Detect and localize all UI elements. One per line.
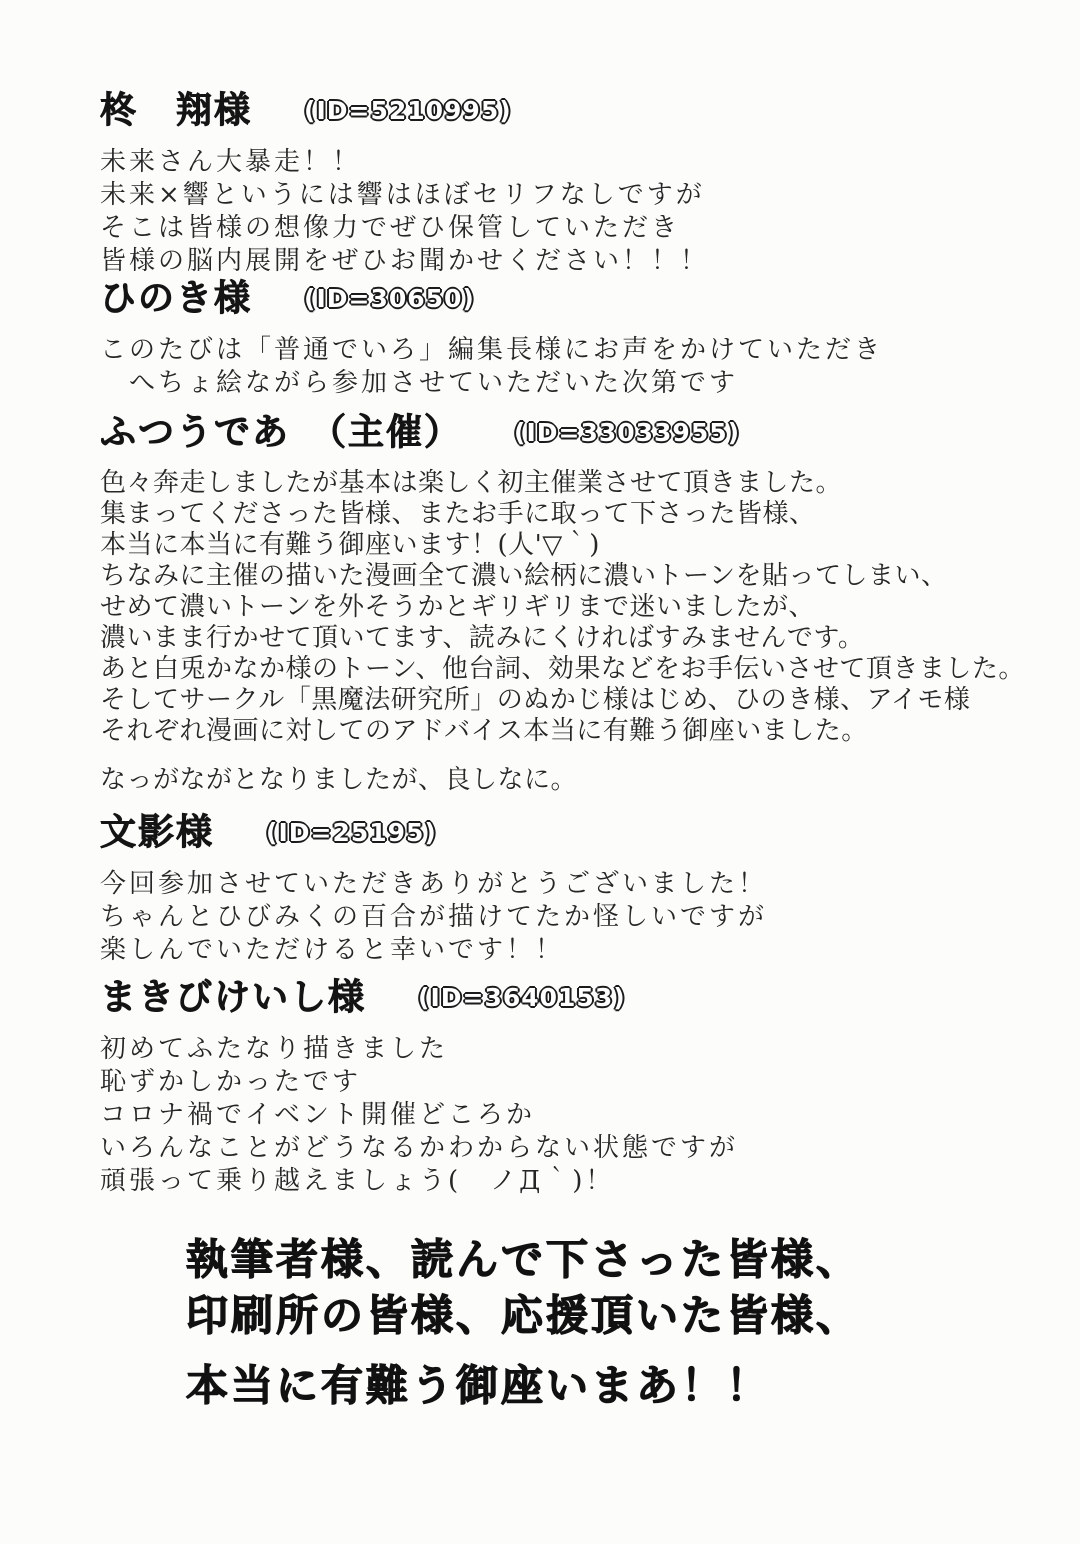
closing-line: 印刷所の皆様、応援頂いた皆様、 [186,1288,1030,1344]
author-id-badge: (ID=3640153) [418,975,626,1021]
comment-section-hinoki: ひのき様 (ID=30650) このたびは「普通でいろ」編集長様にお声をかけてい… [100,276,1030,400]
comment-line: 皆様の脳内展開をぜひお聞かせください！！！ [100,245,1030,278]
comment-line: このたびは「普通でいろ」編集長様にお声をかけていただき [100,334,1030,367]
comment-line: あと白兎かなか様のトーン、他台詞、効果などをお手伝いさせて頂きました。 [100,654,1030,685]
comment-line: 楽しんでいただけると幸いです！！ [100,934,1030,967]
section-header: ふつうであ （主催） (ID=33033955) [100,410,1030,456]
author-id-badge: (ID=5210995) [304,88,512,134]
comment-line: 集まってくださった皆様、またお手に取って下さった皆様、 [100,499,1030,530]
comment-line: せめて濃いトーンを外そうかとギリギリまで迷いましたが、 [100,592,1030,623]
afterword-page: 柊 翔様 (ID=5210995) 未来さん大暴走！！ 未来×響というには響はほ… [0,0,1080,1544]
author-name: 文影様 [100,810,214,856]
comment-body: 色々奔走しましたが基本は楽しく初主催業させて頂きました。 集まってくださった皆様… [100,468,1030,796]
author-name: まきびけいし様 [100,975,366,1021]
author-name: ふつうであ （主催） [100,410,462,456]
comment-line: 未来×響というには響はほぼセリフなしですが [100,179,1030,212]
comment-line: コロナ禍でイベント開催どころか [100,1099,1030,1132]
comment-line: 色々奔走しましたが基本は楽しく初主催業させて頂きました。 [100,468,1030,499]
comment-line: いろんなことがどうなるかわからない状態ですが [100,1132,1030,1165]
closing-line: 本当に有難う御座いまあ！！ [186,1358,1030,1414]
comment-line: そこは皆様の想像力でぜひ保管していただき [100,212,1030,245]
comment-line: 未来さん大暴走！！ [100,146,1030,179]
comment-body: 未来さん大暴走！！ 未来×響というには響はほぼセリフなしですが そこは皆様の想像… [100,146,1030,278]
comment-body: 今回参加させていただきありがとうございました！ ちゃんとひびみくの百合が描けてた… [100,868,1030,967]
author-name: 柊 翔様 [100,88,252,134]
comment-section-fumikage: 文影様 (ID=25195) 今回参加させていただきありがとうございました！ ち… [100,810,1030,967]
comment-body: 初めてふたなり描きました 恥ずかしかったです コロナ禍でイベント開催どころか い… [100,1033,1030,1198]
comment-line: そしてサークル「黒魔法研究所」のぬかじ様はじめ、ひのき様、アイモ様 [100,685,1030,716]
section-header: ひのき様 (ID=30650) [100,276,1030,322]
section-header: まきびけいし様 (ID=3640153) [100,975,1030,1021]
author-id-badge: (ID=33033955) [514,410,740,456]
comment-line: 恥ずかしかったです [100,1066,1030,1099]
comment-line: 初めてふたなり描きました [100,1033,1030,1066]
author-id-badge: (ID=25195) [266,810,437,856]
comment-section-hiiragi: 柊 翔様 (ID=5210995) 未来さん大暴走！！ 未来×響というには響はほ… [100,88,1030,278]
comment-line: 今回参加させていただきありがとうございました！ [100,868,1030,901]
comment-section-futsuudea-organizer: ふつうであ （主催） (ID=33033955) 色々奔走しましたが基本は楽しく… [100,410,1030,796]
section-header: 柊 翔様 (ID=5210995) [100,88,1030,134]
comment-line: 頑張って乗り越えましょう( ノД｀)！ [100,1165,1030,1198]
comment-line: 本当に本当に有難う御座います！(人'▽｀) [100,530,1030,561]
comment-section-makibikeishi: まきびけいし様 (ID=3640153) 初めてふたなり描きました 恥ずかしかっ… [100,975,1030,1198]
closing-line: 執筆者様、読んで下さった皆様、 [186,1232,1030,1288]
author-name: ひのき様 [100,276,252,322]
comment-body: このたびは「普通でいろ」編集長様にお声をかけていただき へちょ絵ながら参加させて… [100,334,1030,400]
section-header: 文影様 (ID=25195) [100,810,1030,856]
closing-thanks-message: 執筆者様、読んで下さった皆様、 印刷所の皆様、応援頂いた皆様、 本当に有難う御座… [100,1232,1030,1414]
author-id-badge: (ID=30650) [304,276,475,322]
comment-line: それぞれ漫画に対してのアドバイス本当に有難う御座いました。 [100,716,1030,747]
comment-line: へちょ絵ながら参加させていただいた次第です [100,367,1030,400]
comment-postscript-line: なっがながとなりましたが、良しなに。 [100,765,1030,796]
comment-line: ちなみに主催の描いた漫画全て濃い絵柄に濃いトーンを貼ってしまい、 [100,561,1030,592]
comment-line: 濃いまま行かせて頂いてます、読みにくければすみませんです。 [100,623,1030,654]
comment-line: ちゃんとひびみくの百合が描けてたか怪しいですが [100,901,1030,934]
